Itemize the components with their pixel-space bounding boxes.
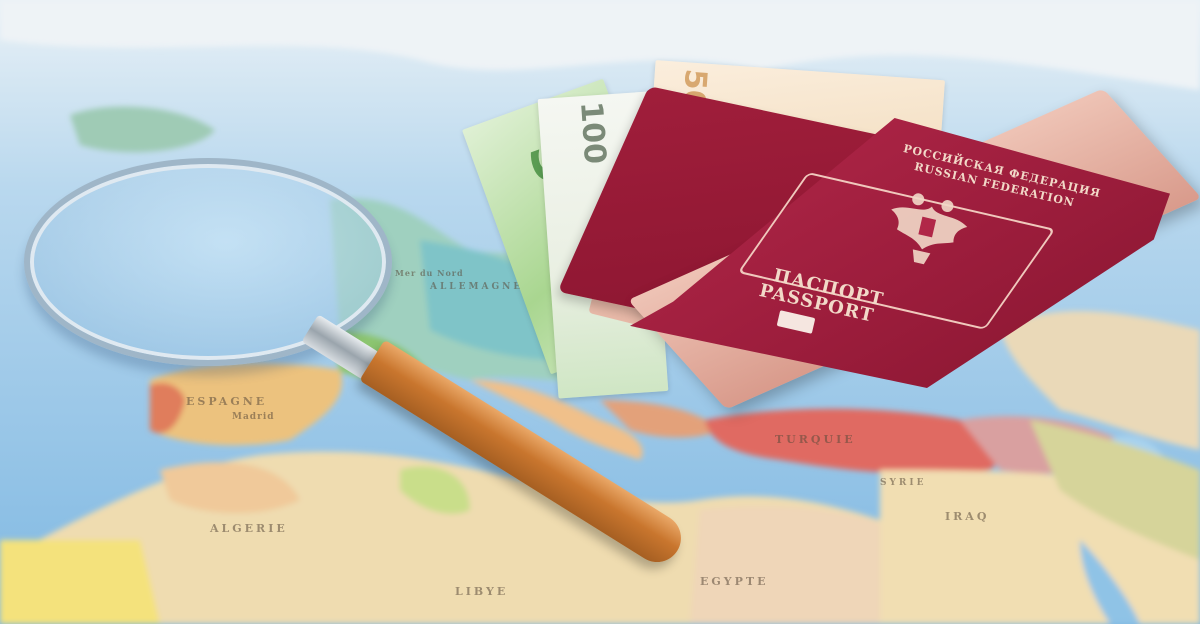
travel-photo: ESPAGNE Madrid ALLEMAGNE TURQUIE ALGERIE…: [0, 0, 1200, 624]
map-label-turkey: TURQUIE: [775, 433, 856, 446]
map-label-libya: LIBYE: [455, 585, 508, 598]
map-label-egypt: EGYPTE: [700, 575, 768, 588]
map-label-germany: ALLEMAGNE: [430, 282, 523, 292]
banknote-100-value: 100: [573, 100, 612, 165]
map-label-north-sea: Mer du Nord: [395, 268, 464, 278]
map-label-iraq: IRAQ: [945, 510, 989, 523]
map-label-syria: SYRIE: [880, 478, 926, 488]
map-label-algeria: ALGERIE: [210, 522, 288, 535]
map-label-spain: ESPAGNE: [186, 395, 267, 408]
double-headed-eagle-icon: [862, 188, 992, 268]
map-label-madrid: Madrid: [232, 412, 275, 422]
